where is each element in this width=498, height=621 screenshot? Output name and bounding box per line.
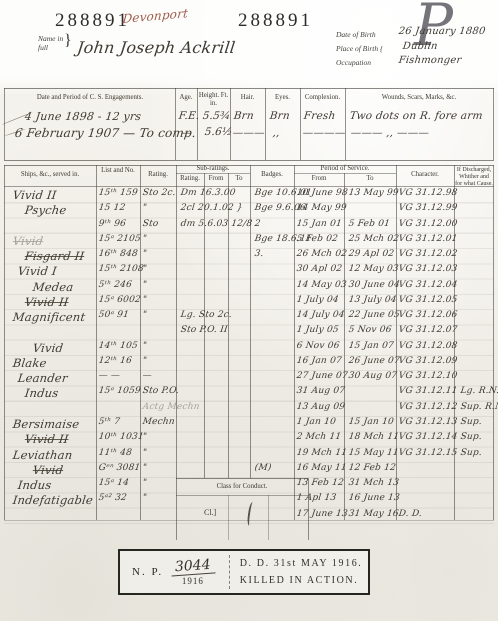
badge-value: Bge 10.6.01	[254, 188, 297, 198]
service-header-subto: To	[228, 175, 250, 183]
table-row: Psyche 15 12 " 2cl 20.1.02 } Bge 9.6.06 …	[4, 203, 494, 218]
character-value: VG 31.12.10	[398, 371, 498, 381]
engagement-hair-2: ———	[232, 127, 266, 139]
period-from: 16 May 11	[296, 463, 347, 473]
rating-value: "	[142, 280, 179, 290]
period-from: 15 Jan 01	[296, 219, 347, 229]
character-value: VG 31.12.13 Sup.	[398, 417, 498, 427]
ship-name: Leviathan	[12, 448, 100, 462]
list-and-number: 15ᵃ 6002	[98, 295, 143, 305]
period-from: 26 Mch 02	[296, 249, 347, 259]
engagements-header-height: Height. Ft. in.	[197, 92, 230, 108]
list-and-number: 15ᵃ 1059	[98, 386, 143, 396]
service-header-to: To	[344, 175, 396, 183]
character-value: VG 31.12.06	[398, 310, 498, 320]
engagements-table-bottom-border	[4, 160, 494, 161]
period-to: 29 Apl 02	[348, 249, 399, 259]
occupation-value: Fishmonger	[398, 55, 462, 66]
character-value: VG 31.12.11 Lg. R.N.B.	[398, 386, 498, 396]
table-row: Indus 15ᵃ 1059 Sto P.O. 31 Aug 07 VG 31.…	[4, 386, 494, 401]
engagement-wounds-2: ——— ,, ———	[350, 127, 430, 139]
engagement-period-2: 6 February 1907 — To comp.	[14, 126, 197, 140]
list-and-number: 11ᵗʰ 48	[98, 448, 143, 458]
period-to: 25 Mch 02	[348, 234, 399, 244]
character-value: VG 31.12.98	[398, 188, 498, 198]
conduct-header-underline	[176, 495, 308, 496]
table-row: Leviathan 11ᵗʰ 48 " 19 Mch 11 15 May 11 …	[4, 448, 494, 463]
period-from: 27 June 07	[296, 371, 347, 381]
service-header-period: Period of Service.	[294, 165, 396, 173]
engagements-header-complexion: Complexion.	[300, 94, 345, 102]
table-row: Medea 5ᵗʰ 246 " 14 May 03 30 June 04 VG …	[4, 280, 494, 295]
ship-name: Vivid II	[12, 188, 100, 202]
engagements-header-period: Date and Period of C. S. Engagements.	[10, 94, 170, 102]
killed-in-action-line: KILLED IN ACTION.	[240, 572, 363, 589]
ship-name: Vivid II	[12, 295, 112, 309]
character-value: VG 31.12.99	[398, 203, 498, 213]
name-value: John Joseph Ackrill	[76, 38, 236, 57]
character-value: VG 31.12.02	[398, 249, 498, 259]
engagement-height-1: 5.5¾	[202, 110, 231, 122]
character-value: VG 31.12.00	[398, 219, 498, 229]
list-and-number: 15ᵃ 14	[98, 478, 143, 488]
character-value: VG 31.12.09	[398, 356, 498, 366]
ship-name: Indus	[12, 386, 112, 400]
rating-value: "	[142, 493, 179, 503]
ship-name: Psyche	[12, 203, 112, 217]
rating-value: "	[142, 234, 179, 244]
badge-value: (M)	[254, 463, 297, 473]
period-from: 6 Nov 06	[296, 341, 347, 351]
table-row: Fisgard II 16ᵗʰ 848 " 3. 26 Mch 02 29 Ap…	[4, 249, 494, 264]
engagement-eyes-1: Brn	[269, 110, 291, 122]
casualty-stamp-box: N. P. 3044 1916 D. D. 31st MAY 1916. KIL…	[118, 549, 370, 595]
list-and-number: Gᵉⁿ 3081	[98, 463, 143, 473]
period-from: 2 Mch 11	[296, 432, 347, 442]
sub-rating-value: Sto P.O. II	[180, 325, 253, 335]
period-from: 10 June 98	[296, 188, 347, 198]
character-value: VG 31.12.04	[398, 280, 498, 290]
list-and-number: 5ᵗʰ 246	[98, 280, 143, 290]
period-from: 14 July 04	[296, 310, 347, 320]
conduct-border	[228, 495, 229, 540]
dob-value: 26 January 1880	[398, 26, 486, 37]
rating-value: "	[142, 356, 179, 366]
period-from: 13 Aug 09	[296, 402, 347, 412]
dob-label: Date of Birth	[336, 30, 376, 39]
engagement-complexion-1: Fresh	[303, 110, 336, 122]
period-to: 16 June 13	[348, 493, 399, 503]
service-header-badges: Badges.	[250, 171, 294, 179]
character-value: VG 31.12.15 Sup.	[398, 448, 498, 458]
engagement-age-2: —	[180, 127, 192, 139]
service-header-character: Character.	[396, 171, 454, 179]
sub-rating-value: Lg. Sto 2c.	[180, 310, 253, 320]
period-to: 13 July 04	[348, 295, 399, 305]
list-and-number: 10ᵗʰ 1031	[98, 432, 143, 442]
dd-date-line: D. D. 31st MAY 1916.	[240, 555, 363, 572]
ship-name: Magnificent	[12, 310, 100, 324]
engagements-header-hair: Hair.	[230, 94, 265, 102]
period-to: 31 May 16	[348, 509, 399, 519]
ship-name: Leander	[12, 371, 105, 385]
service-header-subrating: Rating.	[176, 175, 204, 183]
period-from: 1 July 05	[296, 325, 347, 335]
ship-name: Fisgard II	[12, 249, 112, 263]
period-to: 15 May 11	[348, 448, 399, 458]
conduct-header: Class for Conduct.	[176, 483, 308, 490]
engagement-height-2: 5.6½	[204, 126, 233, 138]
character-value: VG 31.12.05	[398, 295, 498, 305]
service-number-left: 288891	[55, 10, 130, 32]
np-year: 1916	[171, 575, 215, 586]
service-header-discharged: If Discharged, Whither and for what Caus…	[455, 167, 493, 189]
period-from: 30 Apl 02	[296, 264, 347, 274]
character-value: VG 31.12.07	[398, 325, 498, 335]
rating-value: "	[142, 341, 179, 351]
engagements-header-eyes: Eyes.	[265, 94, 300, 102]
rating-value: "	[142, 432, 179, 442]
period-to: 12 Feb 12	[348, 463, 399, 473]
ship-name: Indefatigable	[12, 493, 100, 507]
badge-value: 3.	[254, 249, 297, 259]
service-header-listno: List and No.	[96, 167, 140, 175]
period-to: 18 Mch 11	[348, 432, 399, 442]
character-value: VG 31.12.14 Sup.	[398, 432, 498, 442]
rating-value: "	[142, 264, 179, 274]
table-row: Bersimaise 5ᵗʰ 7 Mechn 1 Jan 10 15 Jan 1…	[4, 417, 494, 432]
table-row: Actg Mechn 13 Aug 09 VG 31.12.12 Sup. R.…	[4, 402, 494, 417]
period-from: 1 July 04	[296, 295, 347, 305]
rating-value: —	[142, 371, 179, 381]
period-from: 31 Aug 07	[296, 386, 347, 396]
table-row: Leander — — — 27 June 07 30 Aug 07 VG 31…	[4, 371, 494, 386]
engagement-wounds-1: Two dots on R. fore arm	[349, 110, 483, 122]
table-row: Sto P.O. II 1 July 05 5 Nov 06 VG 31.12.…	[4, 325, 494, 340]
list-and-number: 15ᵃ 2105	[98, 234, 143, 244]
occupation-label: Occupation	[336, 58, 371, 67]
service-header-subratings: Sub-ratings.	[176, 165, 250, 173]
conduct-border	[308, 478, 309, 540]
table-row: Vivid Gᵉⁿ 3081 " (M) 16 May 11 12 Feb 12	[4, 463, 494, 478]
period-to: 15 Jan 07	[348, 341, 399, 351]
list-and-number: 5ᵗʰ 7	[98, 417, 143, 427]
list-and-number: 12ᵗʰ 16	[98, 356, 143, 366]
rating-value: Sto	[142, 219, 179, 229]
table-row: Vivid 15ᵃ 2105 " Bge 18.6.11 5 Feb 02 25…	[4, 234, 494, 249]
cl-label: Cl.]	[204, 508, 216, 517]
character-value: VG 31.12.08	[398, 341, 498, 351]
period-from: 1 Jan 10	[296, 417, 347, 427]
list-and-number: — —	[98, 371, 143, 381]
period-to: 31 Mch 13	[348, 478, 399, 488]
badge-value: Bge 18.6.11	[254, 234, 297, 244]
period-to: 12 May 03	[348, 264, 399, 274]
rating-value: "	[142, 249, 179, 259]
engagements-header-wounds: Wounds, Scars, Marks, &c.	[345, 94, 493, 102]
period-to: 13 May 99	[348, 188, 399, 198]
name-label-brace: }	[64, 32, 72, 50]
badge-value: 2	[254, 219, 297, 229]
service-number-center: 288891	[238, 10, 313, 32]
engagement-period-1: 4 June 1898 - 12 yrs	[24, 110, 142, 123]
period-to: 5 Feb 01	[348, 219, 399, 229]
service-header-subfrom: From	[204, 175, 228, 183]
character-value: VG 31.12.12 Sup. R.N.B.	[398, 402, 498, 412]
engagement-hair-1: Brn	[233, 110, 255, 122]
table-row: Magnificent 50ᵃ 91 " Lg. Sto 2c. 14 July…	[4, 310, 494, 325]
rating-value: "	[142, 463, 179, 473]
period-to: 22 June 05	[348, 310, 399, 320]
sub-rating-value: 2cl 20.1.02 }	[180, 203, 253, 213]
character-value: D. D.	[398, 509, 498, 519]
period-to: 26 June 07	[348, 356, 399, 366]
service-record-page: 288891 Devonport 288891 P Name in full }…	[0, 0, 498, 621]
rating-value: "	[142, 310, 179, 320]
pob-value: Dublin	[402, 41, 438, 52]
table-row: Vivid II 15ᵗʰ 159 Sto 2c. Dm 16.3.00 Bge…	[4, 188, 494, 203]
ship-name: Indus	[12, 478, 105, 492]
engagements-table-top-border	[4, 88, 494, 89]
period-from: 16 Jan 07	[296, 356, 347, 366]
rating-value: Sto P.O.	[142, 386, 179, 396]
list-and-number: 15ᵗʰ 2108	[98, 264, 143, 274]
ship-name: Vivid II	[12, 432, 112, 446]
ship-name: Vivid I	[12, 264, 105, 278]
rating-value: "	[142, 478, 179, 488]
list-and-number: 15 12	[98, 203, 143, 213]
depot-name: Devonport	[122, 6, 189, 26]
period-from: 5 Feb 02	[296, 234, 347, 244]
rating-value: Mechn	[142, 417, 179, 427]
table-row: Vivid I 15ᵗʰ 2108 " 30 Apl 02 12 May 03 …	[4, 264, 494, 279]
table-row: Blake 12ᵗʰ 16 " 16 Jan 07 26 June 07 VG …	[4, 356, 494, 371]
service-table-header-border	[4, 186, 494, 187]
engagement-age-1: F.E.	[178, 110, 200, 122]
list-and-number: 50ᵃ 91	[98, 310, 143, 320]
table-row: Vivid II 10ᵗʰ 1031 " 2 Mch 11 18 Mch 11 …	[4, 432, 494, 447]
pob-label: Place of Birth {	[336, 44, 383, 53]
badge-value: Bge 9.6.06	[254, 203, 297, 213]
ship-name: Vivid	[12, 234, 100, 248]
np-label: N. P.	[132, 566, 163, 578]
service-rows: Vivid II 15ᵗʰ 159 Sto 2c. Dm 16.3.00 Bge…	[4, 188, 494, 524]
conduct-border	[268, 495, 269, 540]
period-to: 15 Jan 10	[348, 417, 399, 427]
stamp-divider	[229, 555, 230, 589]
sub-rating-value: Dm 16.3.00	[180, 188, 253, 198]
ship-name: Bersimaise	[12, 417, 100, 431]
service-header-from: From	[294, 175, 344, 183]
rating-value: "	[142, 448, 179, 458]
discharged-dead-stamp: D. D. 31st MAY 1916. KILLED IN ACTION.	[240, 555, 363, 589]
list-and-number: 9ᵗʰ 96	[98, 219, 143, 229]
table-row: Vivid II 15ᵃ 6002 " 1 July 04 13 July 04…	[4, 295, 494, 310]
np-number-fraction: 3044 1916	[171, 558, 215, 586]
service-header-ships: Ships, &c., served in.	[6, 171, 94, 179]
table-row: Vivid 14ᵗʰ 105 " 6 Nov 06 15 Jan 07 VG 3…	[4, 341, 494, 356]
rating-value: "	[142, 203, 179, 213]
period-from: 14 May 03	[296, 280, 347, 290]
list-and-number: 16ᵗʰ 848	[98, 249, 143, 259]
engagements-border	[493, 88, 494, 160]
period-from: 17 June 13	[296, 509, 347, 519]
period-from: 14 May 99	[296, 203, 347, 213]
rating-value: "	[142, 295, 179, 305]
ship-name: Blake	[12, 356, 100, 370]
engagement-eyes-2: ,,	[272, 127, 281, 139]
table-row: 9ᵗʰ 96 Sto dm 5.6.03 12/8 2 15 Jan 01 5 …	[4, 219, 494, 234]
list-and-number: 14ᵗʰ 105	[98, 341, 143, 351]
period-from: 19 Mch 11	[296, 448, 347, 458]
list-and-number: 15ᵗʰ 159	[98, 188, 143, 198]
rating-value: Actg Mechn	[142, 402, 179, 412]
list-and-number: 5ᵃ² 32	[98, 493, 143, 503]
character-value: VG 31.12.01	[398, 234, 498, 244]
engagements-header-age: Age.	[175, 94, 197, 102]
conduct-box-top	[176, 478, 308, 479]
sub-rating-value: dm 5.6.03 12/8	[180, 219, 253, 229]
np-number: 3044	[171, 556, 216, 576]
period-to: 30 Aug 07	[348, 371, 399, 381]
period-to: 30 June 04	[348, 280, 399, 290]
service-header-rating: Rating.	[140, 171, 176, 179]
character-value: VG 31.12.03	[398, 264, 498, 274]
engagement-complexion-2: ————	[302, 127, 346, 139]
period-to: 5 Nov 06	[348, 325, 399, 335]
rating-value: Sto 2c.	[142, 188, 179, 198]
